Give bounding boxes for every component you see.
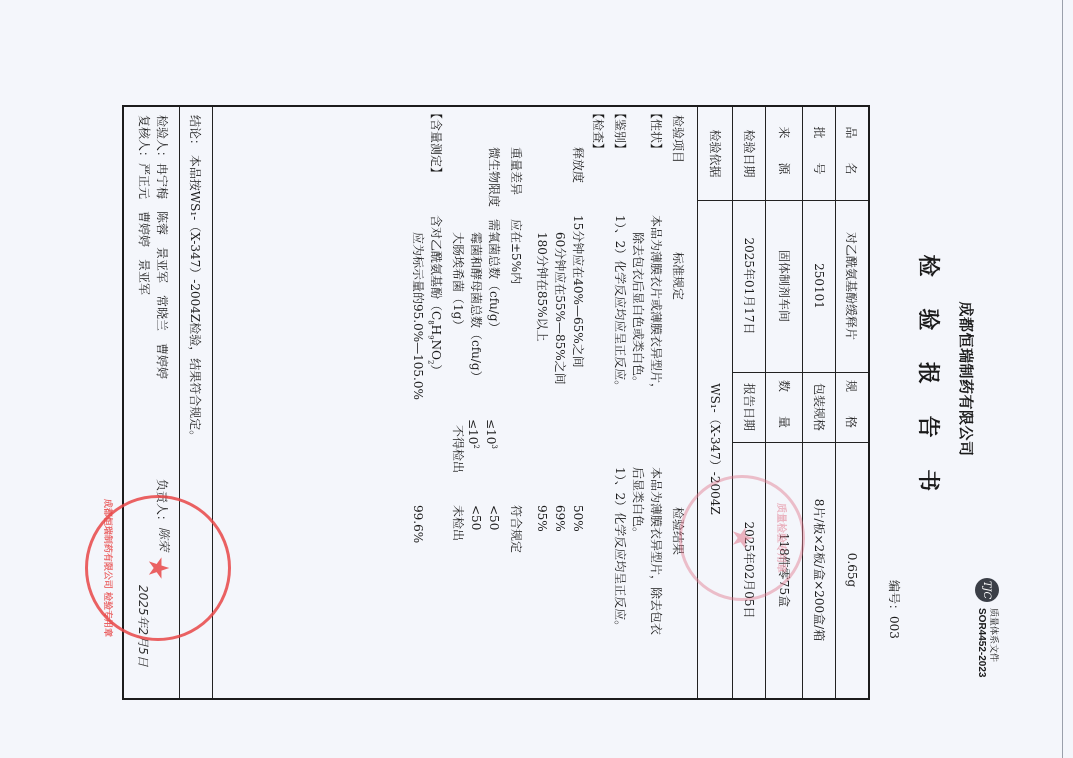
result-standard: 除去包衣后显白色或类白色。 — [630, 232, 646, 388]
result-value: 后显类白色。 — [630, 467, 646, 539]
star-icon: ★ — [728, 525, 756, 550]
conclusion: 结论： 本品按WS₁-（X-347）-2004Z检验，结果符合规定。 — [187, 115, 203, 442]
result-item: 【性状】 — [648, 107, 664, 155]
result-standard: 1）、2）化学反应均应呈正反应。 — [612, 215, 628, 392]
result-item: 【检查】 — [590, 107, 606, 155]
reviewers-line: 复核人：严正元 曹婷婷 景亚军 — [136, 115, 152, 295]
result-item: 释放度 — [570, 147, 586, 183]
spec-label: 规 格 — [836, 372, 868, 442]
serial-number: 编号：003 — [886, 580, 903, 639]
result-value: 69% — [552, 505, 568, 532]
serial-value: 003 — [887, 616, 901, 639]
package-label: 包装规格 — [803, 372, 836, 442]
inspection-seal-stamp: ★ 成都恒瑞制药有限公司 检验专用章 — [85, 495, 231, 641]
result-value: 99.6% — [410, 505, 426, 543]
source-value: 固体制剂车间 — [766, 200, 803, 372]
page-title: 检 验 报 告 书 — [914, 0, 945, 758]
reviewer-names: 严正元 曹婷婷 景亚军 — [137, 163, 151, 295]
result-item: 【含量测定】 — [428, 107, 444, 179]
result-item: 重量差异 — [508, 147, 524, 195]
report-page: TJC 质量体系文件 SOR4452-2023 成都恒瑞制药有限公司 检 验 报… — [0, 0, 1073, 758]
inspector-label: 检验人： — [155, 115, 169, 163]
column-header-item: 检验项目 — [670, 115, 686, 163]
result-item: 微生物限度 — [486, 147, 502, 207]
result-standard: 60分钟应在55%—85%之间 — [552, 232, 568, 385]
product-name-label: 品 名 — [836, 107, 868, 200]
product-name-value: 对乙酰氨基酚缓释片 — [836, 200, 868, 372]
result-standard: 180分钟在85%以上 — [534, 232, 550, 342]
result-item: 【鉴别】 — [612, 107, 628, 155]
test-date-value: 2025年01月17日 — [733, 200, 766, 372]
package-value: 8片/板×2板/盒×200盒/箱 — [803, 442, 836, 698]
reviewer-label: 复核人： — [137, 115, 151, 163]
report-date-label: 报告日期 — [733, 372, 766, 442]
result-value: <50 — [468, 505, 484, 530]
result-limit: ≤103 — [483, 419, 502, 449]
inspector-names: 冉宁梅 陈蓉 景亚军 常晓兰 曹婷婷 — [155, 163, 169, 379]
quality-system-logo: TJC 质量体系文件 SOR4452-2023 — [975, 578, 999, 678]
result-value: <50 — [486, 505, 502, 530]
conclusion-text: 本品按WS₁-（X-347）-2004Z检验，结果符合规定。 — [188, 155, 202, 442]
result-value: 1）、2）化学反应均呈正反应。 — [612, 467, 628, 632]
spec-value: 0.65g — [836, 442, 868, 698]
company-name: 成都恒瑞制药有限公司 — [956, 0, 977, 758]
result-standard: 应为标示量的95.0%—105.0% — [410, 232, 426, 400]
column-header-standard: 标准规定 — [670, 252, 686, 300]
logo-caption: 质量体系文件 — [987, 608, 999, 678]
test-date-label: 检验日期 — [733, 107, 766, 200]
result-standard: 霉菌和酵母菌总数（cfu/g） — [468, 232, 484, 383]
report-table: 品 名 对乙酰氨基酚缓释片 规 格 0.65g 批 号 250101 包装规格 … — [122, 105, 870, 700]
serial-label: 编号： — [887, 580, 901, 616]
result-value: 50% — [570, 505, 586, 532]
result-standard: 应在±5%内 — [508, 219, 524, 284]
quantity-label: 数 量 — [766, 372, 803, 442]
result-value: 本品为薄膜衣异型片，除去包衣 — [648, 467, 664, 635]
result-standard: 本品为薄膜衣片或薄膜衣异型片， — [648, 215, 664, 395]
result-limit: 不得检出 — [450, 425, 466, 473]
batch-value: 250101 — [803, 200, 836, 372]
faint-red-stamp: ★ 质量检验专用章 — [679, 475, 805, 601]
company-logo-icon: TJC — [975, 578, 999, 602]
page-edge — [1062, 0, 1063, 758]
result-value: 95% — [534, 505, 550, 532]
result-standard: 大肠埃希菌（1g） — [450, 232, 466, 331]
source-label: 来 源 — [766, 107, 803, 200]
result-standard: 15分钟应在40%—65%之间 — [570, 215, 586, 368]
conclusion-label: 结论： — [188, 115, 202, 151]
result-value: 未检出 — [450, 505, 466, 541]
batch-label: 批 号 — [803, 107, 836, 200]
result-value: 符合规定 — [508, 505, 524, 553]
inspectors-line: 检验人：冉宁梅 陈蓉 景亚军 常晓兰 曹婷婷 — [154, 115, 170, 379]
basis-value: WS₁-（X-347）-2004Z — [698, 200, 733, 698]
star-icon: ★ — [144, 555, 172, 580]
result-standard: 需氧菌总数（cfu/g） — [486, 219, 502, 334]
basis-label: 检验依据 — [698, 107, 733, 200]
result-limit: ≤102 — [465, 419, 484, 449]
